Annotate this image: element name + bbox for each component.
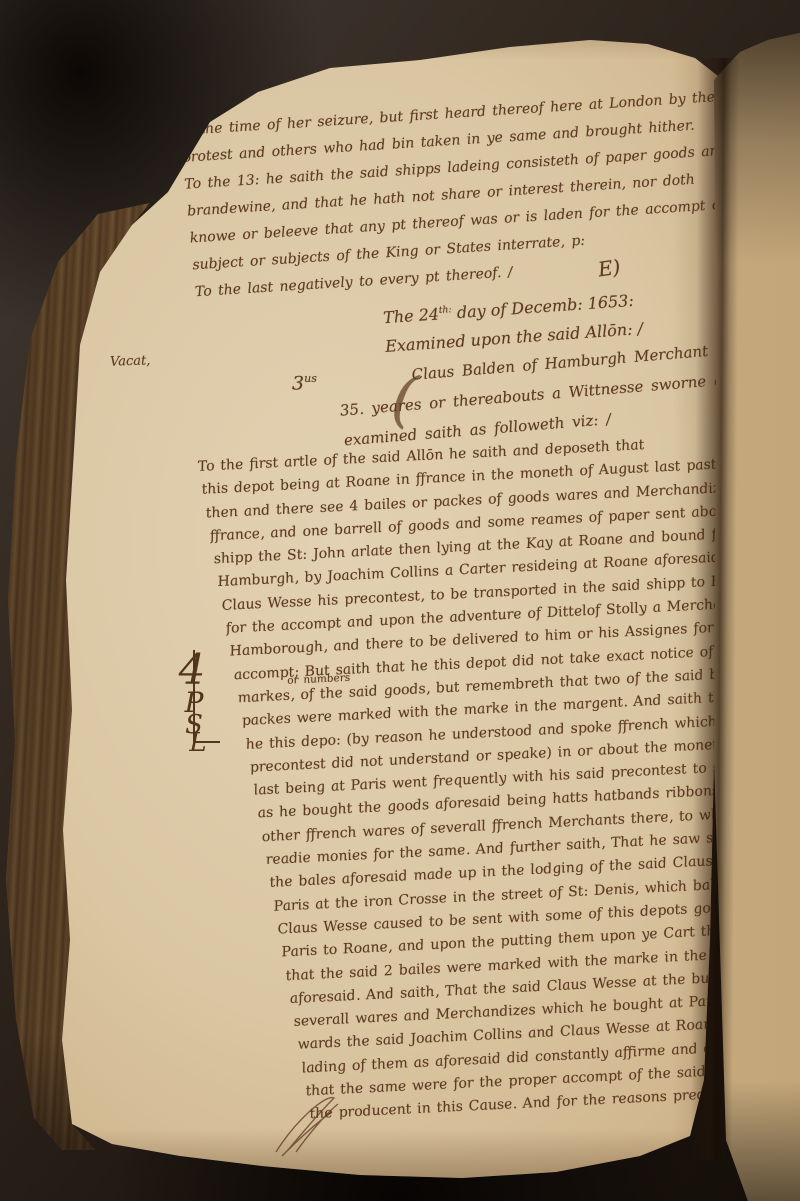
manuscript-page: at the time of her seizure, but first he… xyxy=(0,0,800,1201)
manuscript-photograph: at the time of her seizure, but first he… xyxy=(0,0,800,1201)
date-text: The 24 xyxy=(383,304,440,327)
merchant-mark-icon: 4 P S L xyxy=(146,634,236,756)
gutter-shadow xyxy=(690,58,740,1160)
quire-mark: E) xyxy=(596,255,622,282)
witness-number: 3us xyxy=(292,372,317,394)
witness-number-digit: 3 xyxy=(292,372,304,394)
margin-note-vacat: Vacat, xyxy=(110,353,151,369)
witness-number-suffix: us xyxy=(304,372,317,385)
closing-paragraph: at the time of her seizure, but first he… xyxy=(178,84,740,306)
merchant-mark-char: L xyxy=(188,728,206,756)
interlineation-note: or numbers xyxy=(285,667,352,693)
date-superscript: th: xyxy=(438,304,452,316)
pen-flourish-icon xyxy=(262,1086,352,1166)
